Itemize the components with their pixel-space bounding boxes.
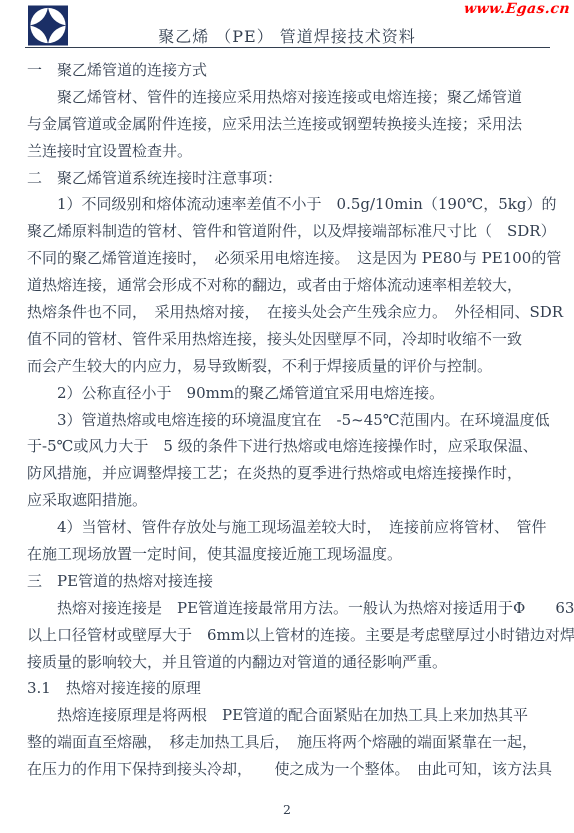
document-title: 聚乙烯 （PE） 管道焊接技术资料 — [70, 24, 504, 47]
header-divider — [25, 47, 550, 48]
text-line: 而会产生较大的内应力，易导致断裂，不利于焊接质量的评价与控制。 — [27, 353, 567, 380]
text-line: 3.1 热熔对接连接的原理 — [27, 675, 567, 702]
text-line: 热熔连接原理是将两根 PE管道的配合面紧贴在加热工具上来加热其平 — [27, 702, 567, 729]
text-line: 应采取遮阳措施。 — [27, 487, 567, 514]
text-line: 热熔对接连接是 PE管道连接最常用方法。一般认为热熔对接适用于Φ 63mm — [27, 595, 567, 622]
text-line: 不同的聚乙烯管道连接时， 必须采用电熔连接。 这是因为 PE80与 PE100的… — [27, 245, 567, 272]
page-number: 2 — [0, 802, 574, 817]
text-line: 二 聚乙烯管道系统连接时注意事项： — [27, 165, 567, 192]
text-line: 聚乙烯管材、管件的连接应采用热熔对接连接或电熔连接；聚乙烯管道 — [27, 84, 567, 111]
text-line: 以上口径管材或壁厚大于 6mm以上管材的连接。主要是考虑壁厚过小时错边对焊 — [27, 622, 567, 649]
website-url: www.Egas.cn — [463, 1, 571, 17]
text-line: 在压力的作用下保持到接头冷却， 使之成为一个整体。 由此可知，该方法具 — [27, 756, 567, 783]
text-line: 三 PE管道的热熔对接连接 — [27, 568, 567, 595]
document-body-text: 一 聚乙烯管道的连接方式 聚乙烯管材、管件的连接应采用热熔对接连接或电熔连接；聚… — [27, 57, 567, 783]
text-line: 防风措施，并应调整焊接工艺；在炎热的夏季进行热熔或电熔连接操作时， — [27, 460, 567, 487]
text-line: 在施工现场放置一定时间，使其温度接近施工现场温度。 — [27, 541, 567, 568]
text-line: 兰连接时宜设置检查井。 — [27, 138, 567, 165]
text-line: 道热熔连接，通常会形成不对称的翻边，或者由于熔体流动速率相差较大， — [27, 272, 567, 299]
text-line: 1）不同级别和熔体流动速率差值不小于 0.5g/10min（190℃，5kg）的 — [27, 191, 567, 218]
text-line: 值不同的管材、管件采用热熔连接，接头处因壁厚不同，冷却时收缩不一致 — [27, 326, 567, 353]
text-line: 与金属管道或金属附件连接，应采用法兰连接或钢塑转换接头连接；采用法 — [27, 111, 567, 138]
text-line: 2）公称直径小于 90mm的聚乙烯管道宜采用电熔连接。 — [27, 380, 567, 407]
text-line: 于-5℃或风力大于 5 级的条件下进行热熔或电熔连接操作时，应采取保温、 — [27, 433, 567, 460]
text-line: 整的端面直至熔融， 移走加热工具后， 施压将两个熔融的端面紧靠在一起， — [27, 729, 567, 756]
text-line: 聚乙烯原料制造的管材、管件和管道附件，以及焊接端部标准尺寸比（ SDR） — [27, 218, 567, 245]
text-line: 热熔条件也不同， 采用热熔对接， 在接头处会产生残余应力。 外径相同、SDR — [27, 299, 567, 326]
document-page: 聚乙烯 （PE） 管道焊接技术资料 www.Egas.cn 一 聚乙烯管道的连接… — [0, 0, 574, 833]
text-line: 4）当管材、管件存放处与施工现场温差较大时， 连接前应将管材、 管件 — [27, 514, 567, 541]
diamond-lattice-logo-icon — [28, 5, 68, 46]
text-line: 接质量的影响较大，并且管道的内翻边对管道的通径影响严重。 — [27, 649, 567, 676]
text-line: 一 聚乙烯管道的连接方式 — [27, 57, 567, 84]
text-line: 3）管道热熔或电熔连接的环境温度宜在 -5~45℃范围内。在环境温度低 — [27, 407, 567, 434]
